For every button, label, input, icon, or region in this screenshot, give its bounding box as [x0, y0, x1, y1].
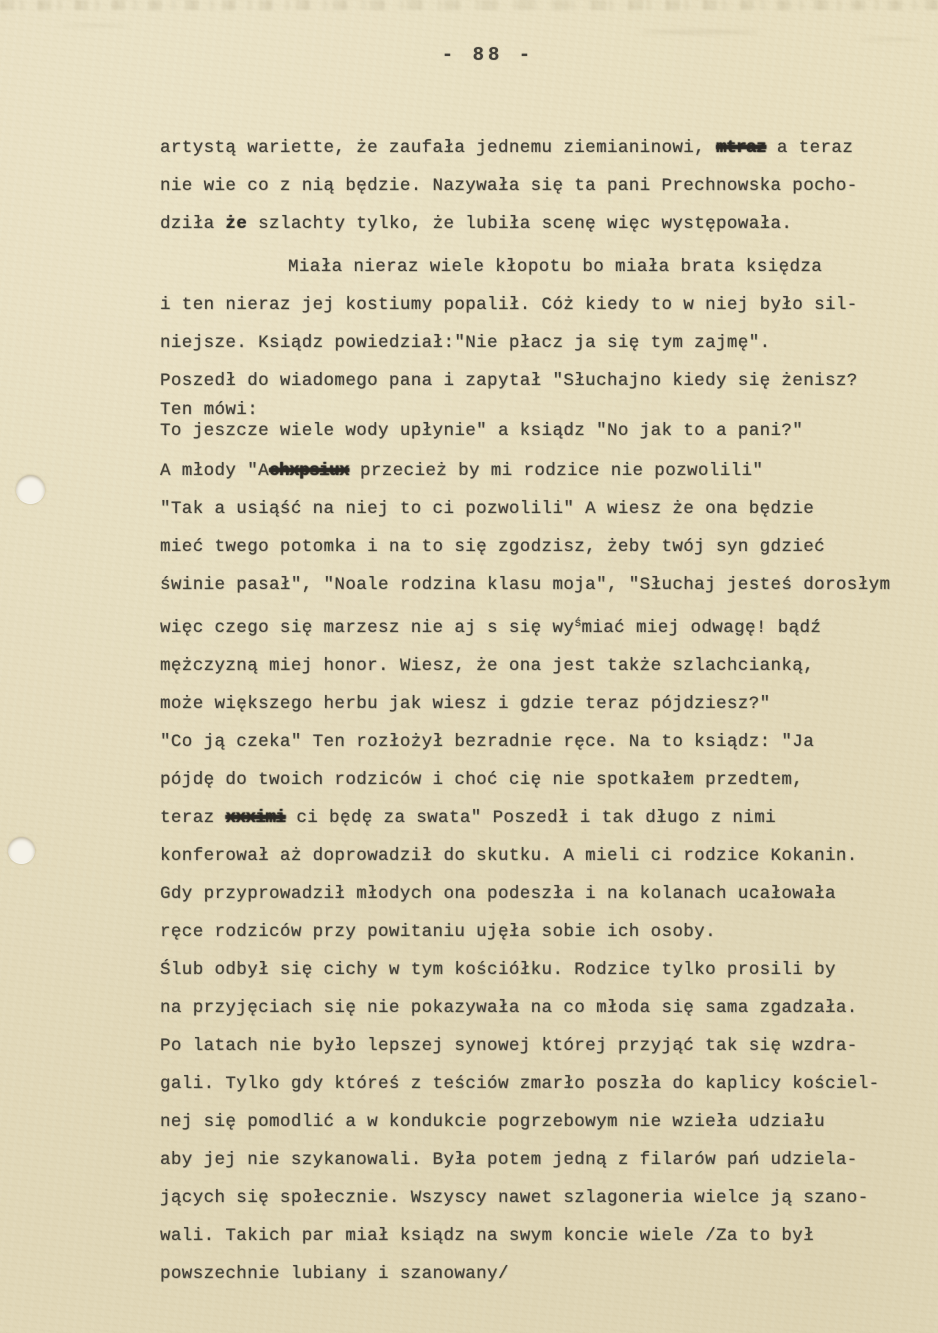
text-line: Gdy przyprowadził młodych ona podeszła i…	[160, 875, 935, 913]
text-line: nie wie co z nią będzie. Nazywała się ta…	[160, 167, 935, 205]
paper-smudge	[60, 24, 130, 27]
text-line: mieć twego potomka i na to się zgodzisz,…	[160, 528, 935, 566]
text-line: świnie pasał", "Noale rodzina klasu moja…	[160, 566, 935, 604]
text-body: artystą wariette, że zaufała jednemu zie…	[160, 129, 935, 1293]
text-line: więc czego się marzesz nie aj s się wyśm…	[160, 604, 935, 647]
text-line: Miała nieraz wiele kłopotu bo miała brat…	[160, 248, 935, 286]
punch-hole-bottom	[8, 837, 35, 864]
overstruck-word: xxximi	[225, 808, 285, 828]
overstruck-word: chxpsiux	[269, 461, 349, 481]
text-line: pójdę do twoich rodziców i choć cię nie …	[160, 761, 935, 799]
text-line: To jeszcze wiele wody upłynie" a ksiądz …	[160, 421, 935, 442]
text-line: aby jej nie szykanowali. Była potem jedn…	[160, 1141, 935, 1179]
text-line: niejsze. Ksiądz powiedział:"Nie płacz ja…	[160, 324, 935, 362]
text-line: artystą wariette, że zaufała jednemu zie…	[160, 129, 935, 167]
text-line: jących się społecznie. Wszyscy nawet szl…	[160, 1179, 935, 1217]
text-line: ręce rodziców przy powitaniu ujęła sobie…	[160, 913, 935, 951]
overstruck-word: mtraz	[716, 138, 766, 158]
text-line: gali. Tylko gdy któreś z teściów zmarło …	[160, 1065, 935, 1103]
text-line: nej się pomodlić a w kondukcie pogrzebow…	[160, 1103, 935, 1141]
page-number: - 88 -	[0, 44, 938, 66]
text-line: "Tak a usiąść na niej to ci pozwolili" A…	[160, 490, 935, 528]
text-line: wali. Takich par miał ksiądz na swym kon…	[160, 1217, 935, 1255]
text-line: mężczyzną miej honor. Wiesz, że ona jest…	[160, 647, 935, 685]
scan-edge-artifact	[0, 0, 938, 10]
scanned-document-page: - 88 - artystą wariette, że zaufała jedn…	[0, 0, 938, 1333]
text-line: i ten nieraz jej kostiumy popalił. Cóż k…	[160, 286, 935, 324]
text-line: "Co ją czeka" Ten rozłożył bezradnie ręc…	[160, 723, 935, 761]
text-line: Poszedł do wiadomego pana i zapytał "Słu…	[160, 362, 935, 400]
text-line: na przyjęciach się nie pokazywała na co …	[160, 989, 935, 1027]
text-line: może większego herbu jak wiesz i gdzie t…	[160, 685, 935, 723]
punch-hole-top	[16, 475, 45, 504]
text-line: A młody "Achxpsiux przecież by mi rodzic…	[160, 452, 935, 490]
text-line: Ślub odbył się cichy w tym kościółku. Ro…	[160, 951, 935, 989]
text-line: konferował aż doprowadził do skutku. A m…	[160, 837, 935, 875]
paper-smudge	[860, 38, 920, 41]
text-line: Ten mówi:	[160, 400, 935, 421]
text-line: teraz xxximi ci będę za swata" Poszedł i…	[160, 799, 935, 837]
text-line: dziła że szlachty tylko, że lubiła scenę…	[160, 205, 935, 243]
text-line: Po latach nie było lepszej synowej które…	[160, 1027, 935, 1065]
text-line: powszechnie lubiany i szanowany/	[160, 1255, 935, 1293]
paper-smudge	[640, 30, 760, 34]
